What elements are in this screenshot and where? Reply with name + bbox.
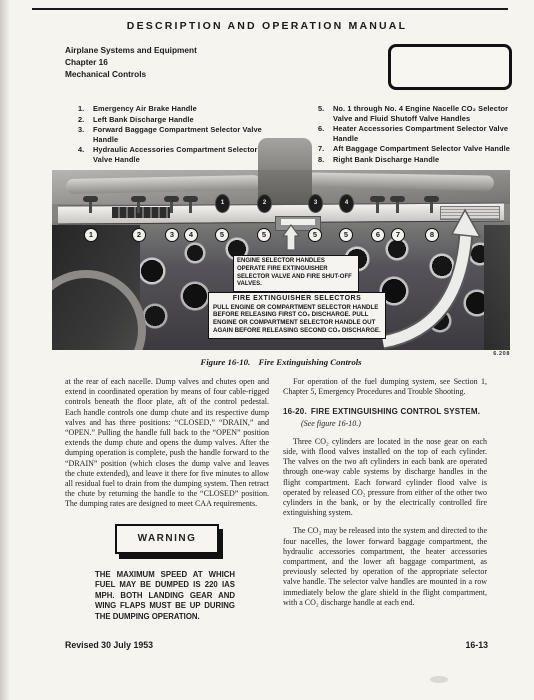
figure-caption: Figure 16-10. Fire Extinguishing Control… bbox=[52, 357, 510, 367]
reference-box bbox=[388, 44, 512, 90]
footer-page-number: 16-13 bbox=[440, 640, 488, 650]
warning-text: THE MAXIMUM SPEED AT WHICH FUEL MAY BE D… bbox=[95, 570, 235, 623]
legend-list-left: 1.Emergency Air Brake Handle 2.Left Bank… bbox=[78, 104, 276, 166]
page-title: DESCRIPTION AND OPERATION MANUAL bbox=[0, 20, 534, 32]
right-paragraph-2: Three CO₂ cylinders are located in the n… bbox=[283, 437, 487, 519]
legend-item: 2.Left Bank Discharge Handle bbox=[78, 115, 276, 125]
legend-item: 6.Heater Accessories Compartment Selecto… bbox=[318, 124, 518, 143]
legend-item-number: 3. bbox=[78, 125, 93, 144]
manual-page: DESCRIPTION AND OPERATION MANUAL Airplan… bbox=[0, 0, 534, 700]
figure-caption-title: Fire Extinguishing Controls bbox=[258, 357, 361, 367]
selectors-callout-body: PULL ENGINE OR COMPARTMENT SELECTOR HAND… bbox=[213, 304, 381, 335]
legend-item-text: Hydraulic Accessories Compartment Select… bbox=[93, 145, 276, 164]
engine-callout-box: ENGINE SELECTOR HANDLES OPERATE FIRE EXT… bbox=[233, 255, 359, 292]
legend-list-right: 5.No. 1 through No. 4 Engine Nacelle CO₂… bbox=[318, 104, 518, 166]
legend-item: 4.Hydraulic Accessories Compartment Sele… bbox=[78, 145, 276, 164]
id-line-3: Mechanical Controls bbox=[65, 68, 197, 80]
section-heading-number: 16-20. bbox=[283, 407, 307, 416]
legend-item-number: 2. bbox=[78, 115, 93, 125]
section-figure-reference: (See figure 16-10.) bbox=[301, 419, 487, 429]
callout-circle: 3 bbox=[165, 228, 179, 242]
callout-circle: 6 bbox=[371, 228, 385, 242]
callout-circle: 2 bbox=[132, 228, 146, 242]
callout-circle: 7 bbox=[391, 228, 405, 242]
footer-revision: Revised 30 July 1953 bbox=[65, 640, 153, 650]
section-heading: 16-20.FIRE EXTINGUISHING CONTROL SYSTEM. bbox=[283, 407, 487, 417]
callout-circle: 5 bbox=[308, 228, 322, 242]
legend-item: 5.No. 1 through No. 4 Engine Nacelle CO₂… bbox=[318, 104, 518, 123]
legend-item-number: 5. bbox=[318, 104, 333, 123]
legend-item-number: 1. bbox=[78, 104, 93, 114]
scan-smudge bbox=[430, 676, 448, 683]
warning-title: WARNING bbox=[138, 534, 197, 544]
big-arrow-head bbox=[452, 210, 480, 237]
figure-caption-number: Figure 16-10. bbox=[200, 357, 250, 367]
callout-circle: 8 bbox=[425, 228, 439, 242]
legend-item: 7.Aft Baggage Compartment Selector Valve… bbox=[318, 144, 518, 154]
selectors-callout-box: FIRE EXTINGUISHER SELECTORS PULL ENGINE … bbox=[208, 292, 386, 339]
callout-circle: 4 bbox=[184, 228, 198, 242]
legend-item-text: Emergency Air Brake Handle bbox=[93, 104, 276, 114]
legend-item: 1.Emergency Air Brake Handle bbox=[78, 104, 276, 114]
small-up-arrow bbox=[283, 225, 299, 250]
scan-edge bbox=[0, 0, 9, 700]
right-paragraph-1: For operation of the fuel dumping system… bbox=[283, 377, 487, 397]
legend-item: 8.Right Bank Discharge Handle bbox=[318, 155, 518, 165]
body-right-column: For operation of the fuel dumping system… bbox=[283, 377, 487, 608]
callout-circle: 5 bbox=[339, 228, 353, 242]
big-curved-arrow bbox=[383, 232, 466, 342]
legend-item-text: Forward Baggage Compartment Selector Val… bbox=[93, 125, 276, 144]
figure-photo: 1 2 3 4 1 2 3 4 5 5 5 5 6 7 8 ENGINE SEL… bbox=[52, 170, 510, 350]
section-heading-text: FIRE EXTINGUISHING CONTROL SYSTEM. bbox=[311, 407, 480, 416]
left-body-paragraph: at the rear of each nacelle. Dump valves… bbox=[65, 377, 269, 510]
legend-item-text: Aft Baggage Compartment Selector Valve H… bbox=[333, 144, 518, 154]
legend-item-number: 8. bbox=[318, 155, 333, 165]
right-paragraph-3: The CO₂ may be released into the system … bbox=[283, 526, 487, 608]
legend-item-text: Right Bank Discharge Handle bbox=[333, 155, 518, 165]
legend-item-text: Heater Accessories Compartment Selector … bbox=[333, 124, 518, 143]
legend-item-number: 4. bbox=[78, 145, 93, 164]
callout-circle: 1 bbox=[84, 228, 98, 242]
body-left-column: at the rear of each nacelle. Dump valves… bbox=[65, 377, 269, 622]
id-line-1: Airplane Systems and Equipment bbox=[65, 44, 197, 56]
legend-item-number: 6. bbox=[318, 124, 333, 143]
callout-circle: 5 bbox=[215, 228, 229, 242]
section-id-block: Airplane Systems and Equipment Chapter 1… bbox=[65, 44, 197, 80]
legend-item-text: No. 1 through No. 4 Engine Nacelle CO₂ S… bbox=[333, 104, 518, 123]
callout-circle: 5 bbox=[257, 228, 271, 242]
top-rule bbox=[32, 8, 508, 10]
legend-item-text: Left Bank Discharge Handle bbox=[93, 115, 276, 125]
id-line-2: Chapter 16 bbox=[65, 56, 197, 68]
selectors-callout-title: FIRE EXTINGUISHER SELECTORS bbox=[213, 295, 381, 303]
legend-item-number: 7. bbox=[318, 144, 333, 154]
legend-item: 3.Forward Baggage Compartment Selector V… bbox=[78, 125, 276, 144]
warning-box: WARNING bbox=[115, 524, 219, 554]
